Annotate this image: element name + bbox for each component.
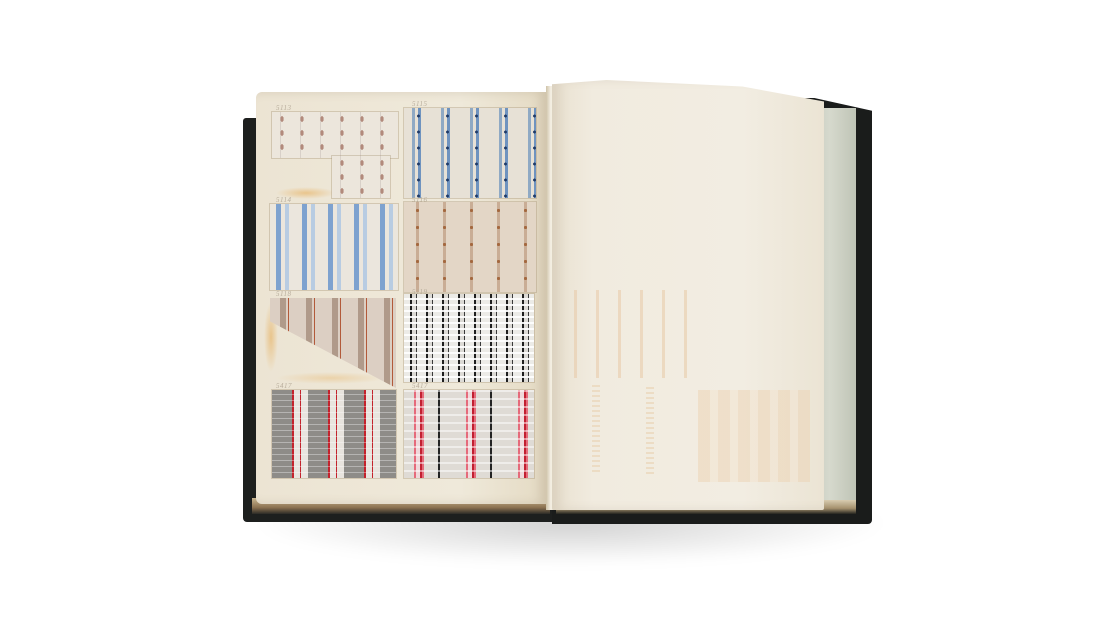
swatch-label: 5417 bbox=[412, 382, 428, 390]
swatch-oval-chain-cut bbox=[332, 156, 390, 198]
swatch-black-dashes bbox=[404, 294, 534, 382]
swatch-blue-navy-stripes bbox=[404, 108, 536, 198]
swatch-label: 5115 bbox=[412, 100, 427, 108]
right-page bbox=[552, 80, 824, 510]
swatch-label: 5113 bbox=[276, 104, 291, 112]
swatch-label: 5417 bbox=[276, 382, 292, 390]
swatch-grey-red-dots bbox=[272, 390, 396, 478]
swatch-light-blue-stripes bbox=[270, 204, 398, 290]
ghost-print bbox=[592, 382, 600, 472]
ghost-print bbox=[646, 386, 654, 474]
swatch-label: 5118 bbox=[276, 290, 291, 298]
swatch-oval-chain bbox=[272, 112, 398, 158]
ghost-print bbox=[698, 390, 810, 482]
swatch-label: 5114 bbox=[276, 196, 291, 204]
swatch-pink-red-black bbox=[404, 390, 534, 478]
ghost-print bbox=[566, 290, 692, 378]
photo-scene: 5113 5115 5114 5116 5118 5119 5417 5417 bbox=[0, 0, 1100, 619]
left-page: 5113 5115 5114 5116 5118 5119 5417 5417 bbox=[256, 92, 548, 504]
swatch-brown-dots bbox=[404, 202, 536, 292]
